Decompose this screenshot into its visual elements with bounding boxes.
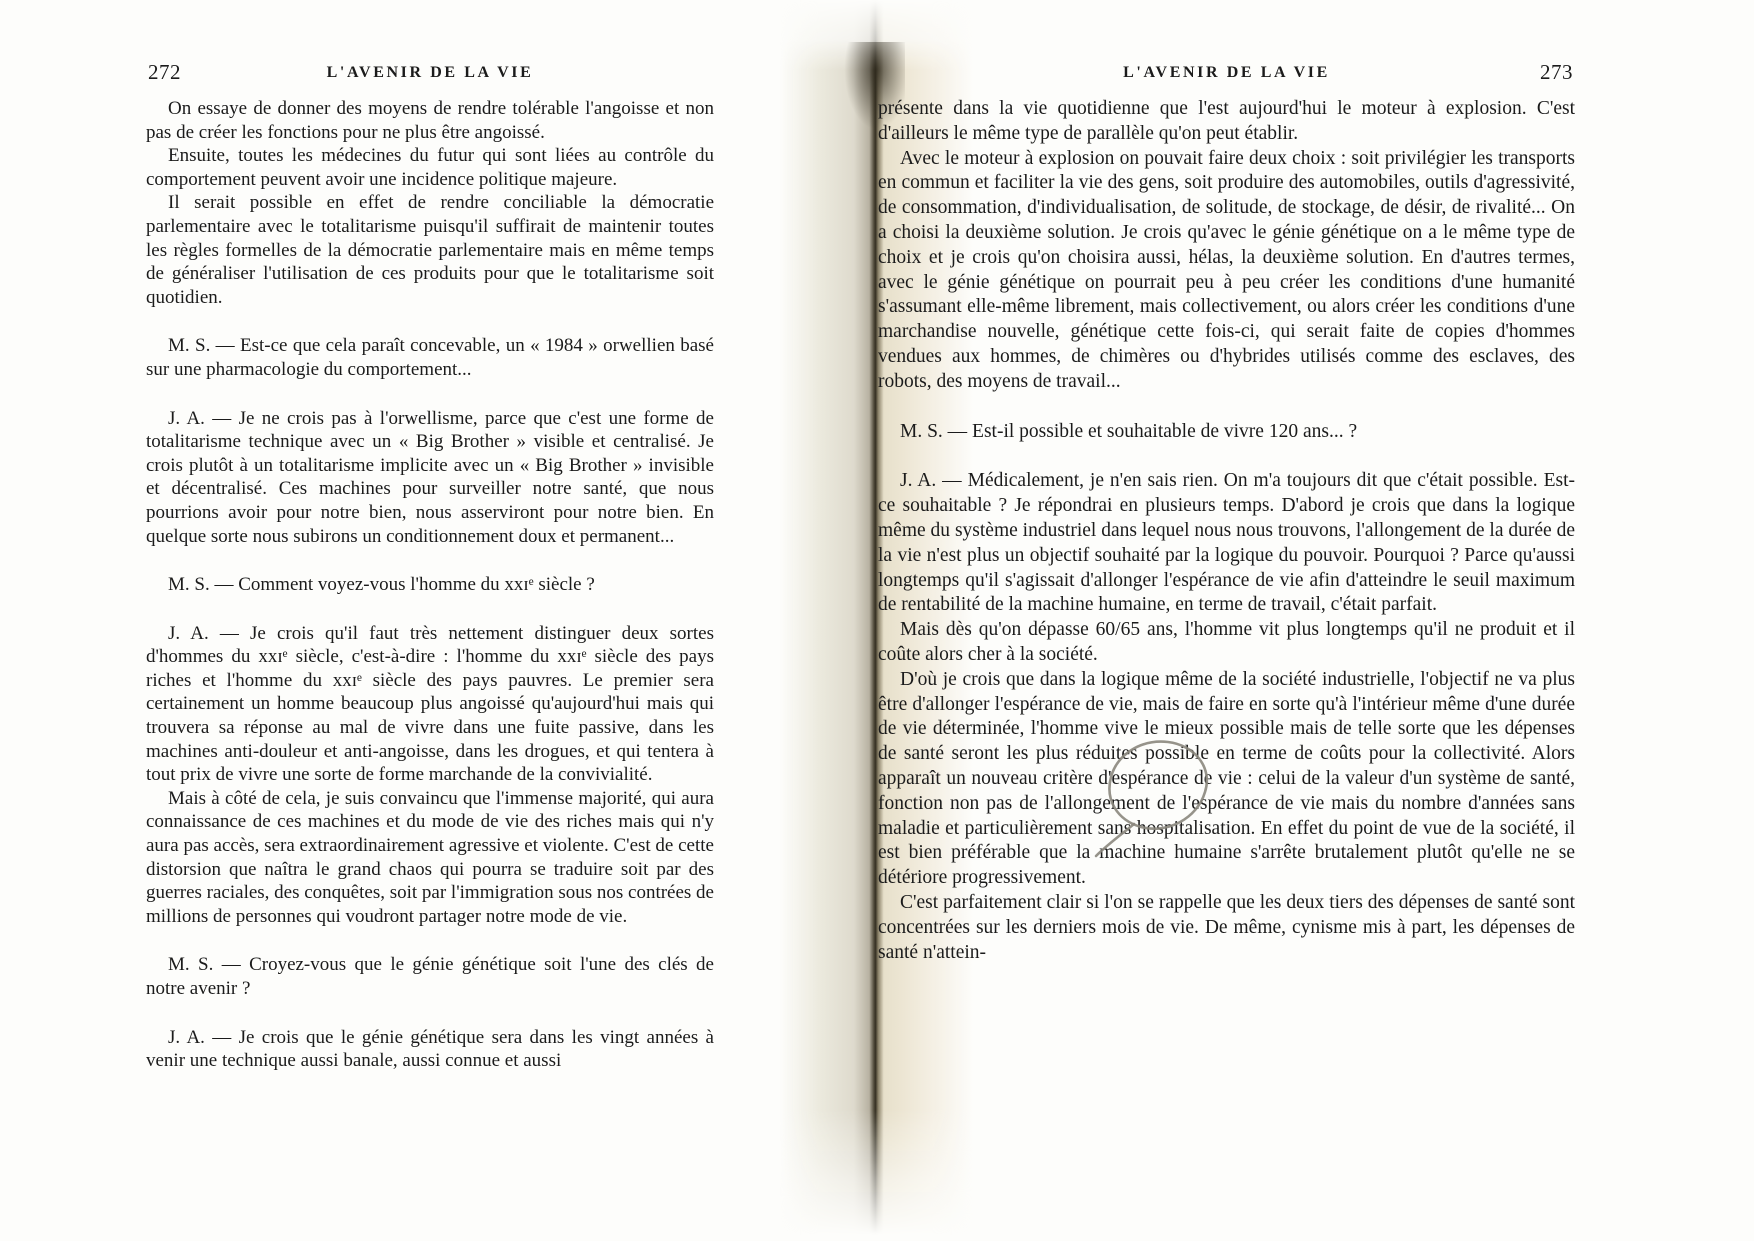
paragraph: Avec le moteur à explosion on pouvait fa… bbox=[878, 147, 1575, 395]
paragraph: On essaye de donner des moyens de rendre… bbox=[146, 97, 714, 144]
dialogue-paragraph: M. S. — Est-ce que cela paraît concevabl… bbox=[146, 334, 714, 381]
book-scan: 272 L'AVENIR DE LA VIE On essaye de donn… bbox=[0, 0, 1754, 1241]
dialogue-paragraph: J. A. — Médicalement, je n'en sais rien.… bbox=[878, 469, 1575, 618]
paragraph: C'est parfaitement clair si l'on se rapp… bbox=[878, 891, 1575, 965]
dialogue-paragraph: M. S. — Croyez-vous que le génie génétiq… bbox=[146, 953, 714, 1000]
right-page: 273 L'AVENIR DE LA VIE présente dans la … bbox=[878, 60, 1575, 965]
right-page-header: 273 L'AVENIR DE LA VIE bbox=[878, 60, 1575, 88]
paragraph: D'où je crois que dans la logique même d… bbox=[878, 668, 1575, 891]
left-page-header: 272 L'AVENIR DE LA VIE bbox=[146, 60, 714, 88]
left-page-body: On essaye de donner des moyens de rendre… bbox=[146, 97, 714, 1073]
paragraph: Mais dès qu'on dépasse 60/65 ans, l'homm… bbox=[878, 618, 1575, 668]
left-page: 272 L'AVENIR DE LA VIE On essaye de donn… bbox=[146, 60, 714, 1073]
paragraph: Ensuite, toutes les médecines du futur q… bbox=[146, 144, 714, 191]
dialogue-paragraph: J. A. — Je crois que le génie génétique … bbox=[146, 1026, 714, 1073]
right-page-body: présente dans la vie quotidienne que l'e… bbox=[878, 97, 1575, 965]
paragraph: Il serait possible en effet de rendre co… bbox=[146, 191, 714, 309]
dialogue-paragraph: M. S. — Comment voyez-vous l'homme du xx… bbox=[146, 573, 714, 597]
left-page-number: 272 bbox=[148, 60, 181, 85]
dialogue-paragraph: M. S. — Est-il possible et souhaitable d… bbox=[878, 420, 1575, 445]
left-running-title: L'AVENIR DE LA VIE bbox=[146, 60, 714, 82]
paragraph: Mais à côté de cela, je suis convaincu q… bbox=[146, 787, 714, 929]
continuation-paragraph: présente dans la vie quotidienne que l'e… bbox=[878, 97, 1575, 147]
dialogue-paragraph: J. A. — Je crois qu'il faut très netteme… bbox=[146, 622, 714, 787]
right-running-title: L'AVENIR DE LA VIE bbox=[878, 60, 1575, 82]
dialogue-paragraph: J. A. — Je ne crois pas à l'orwellisme, … bbox=[146, 407, 714, 549]
right-page-number: 273 bbox=[1540, 60, 1573, 85]
